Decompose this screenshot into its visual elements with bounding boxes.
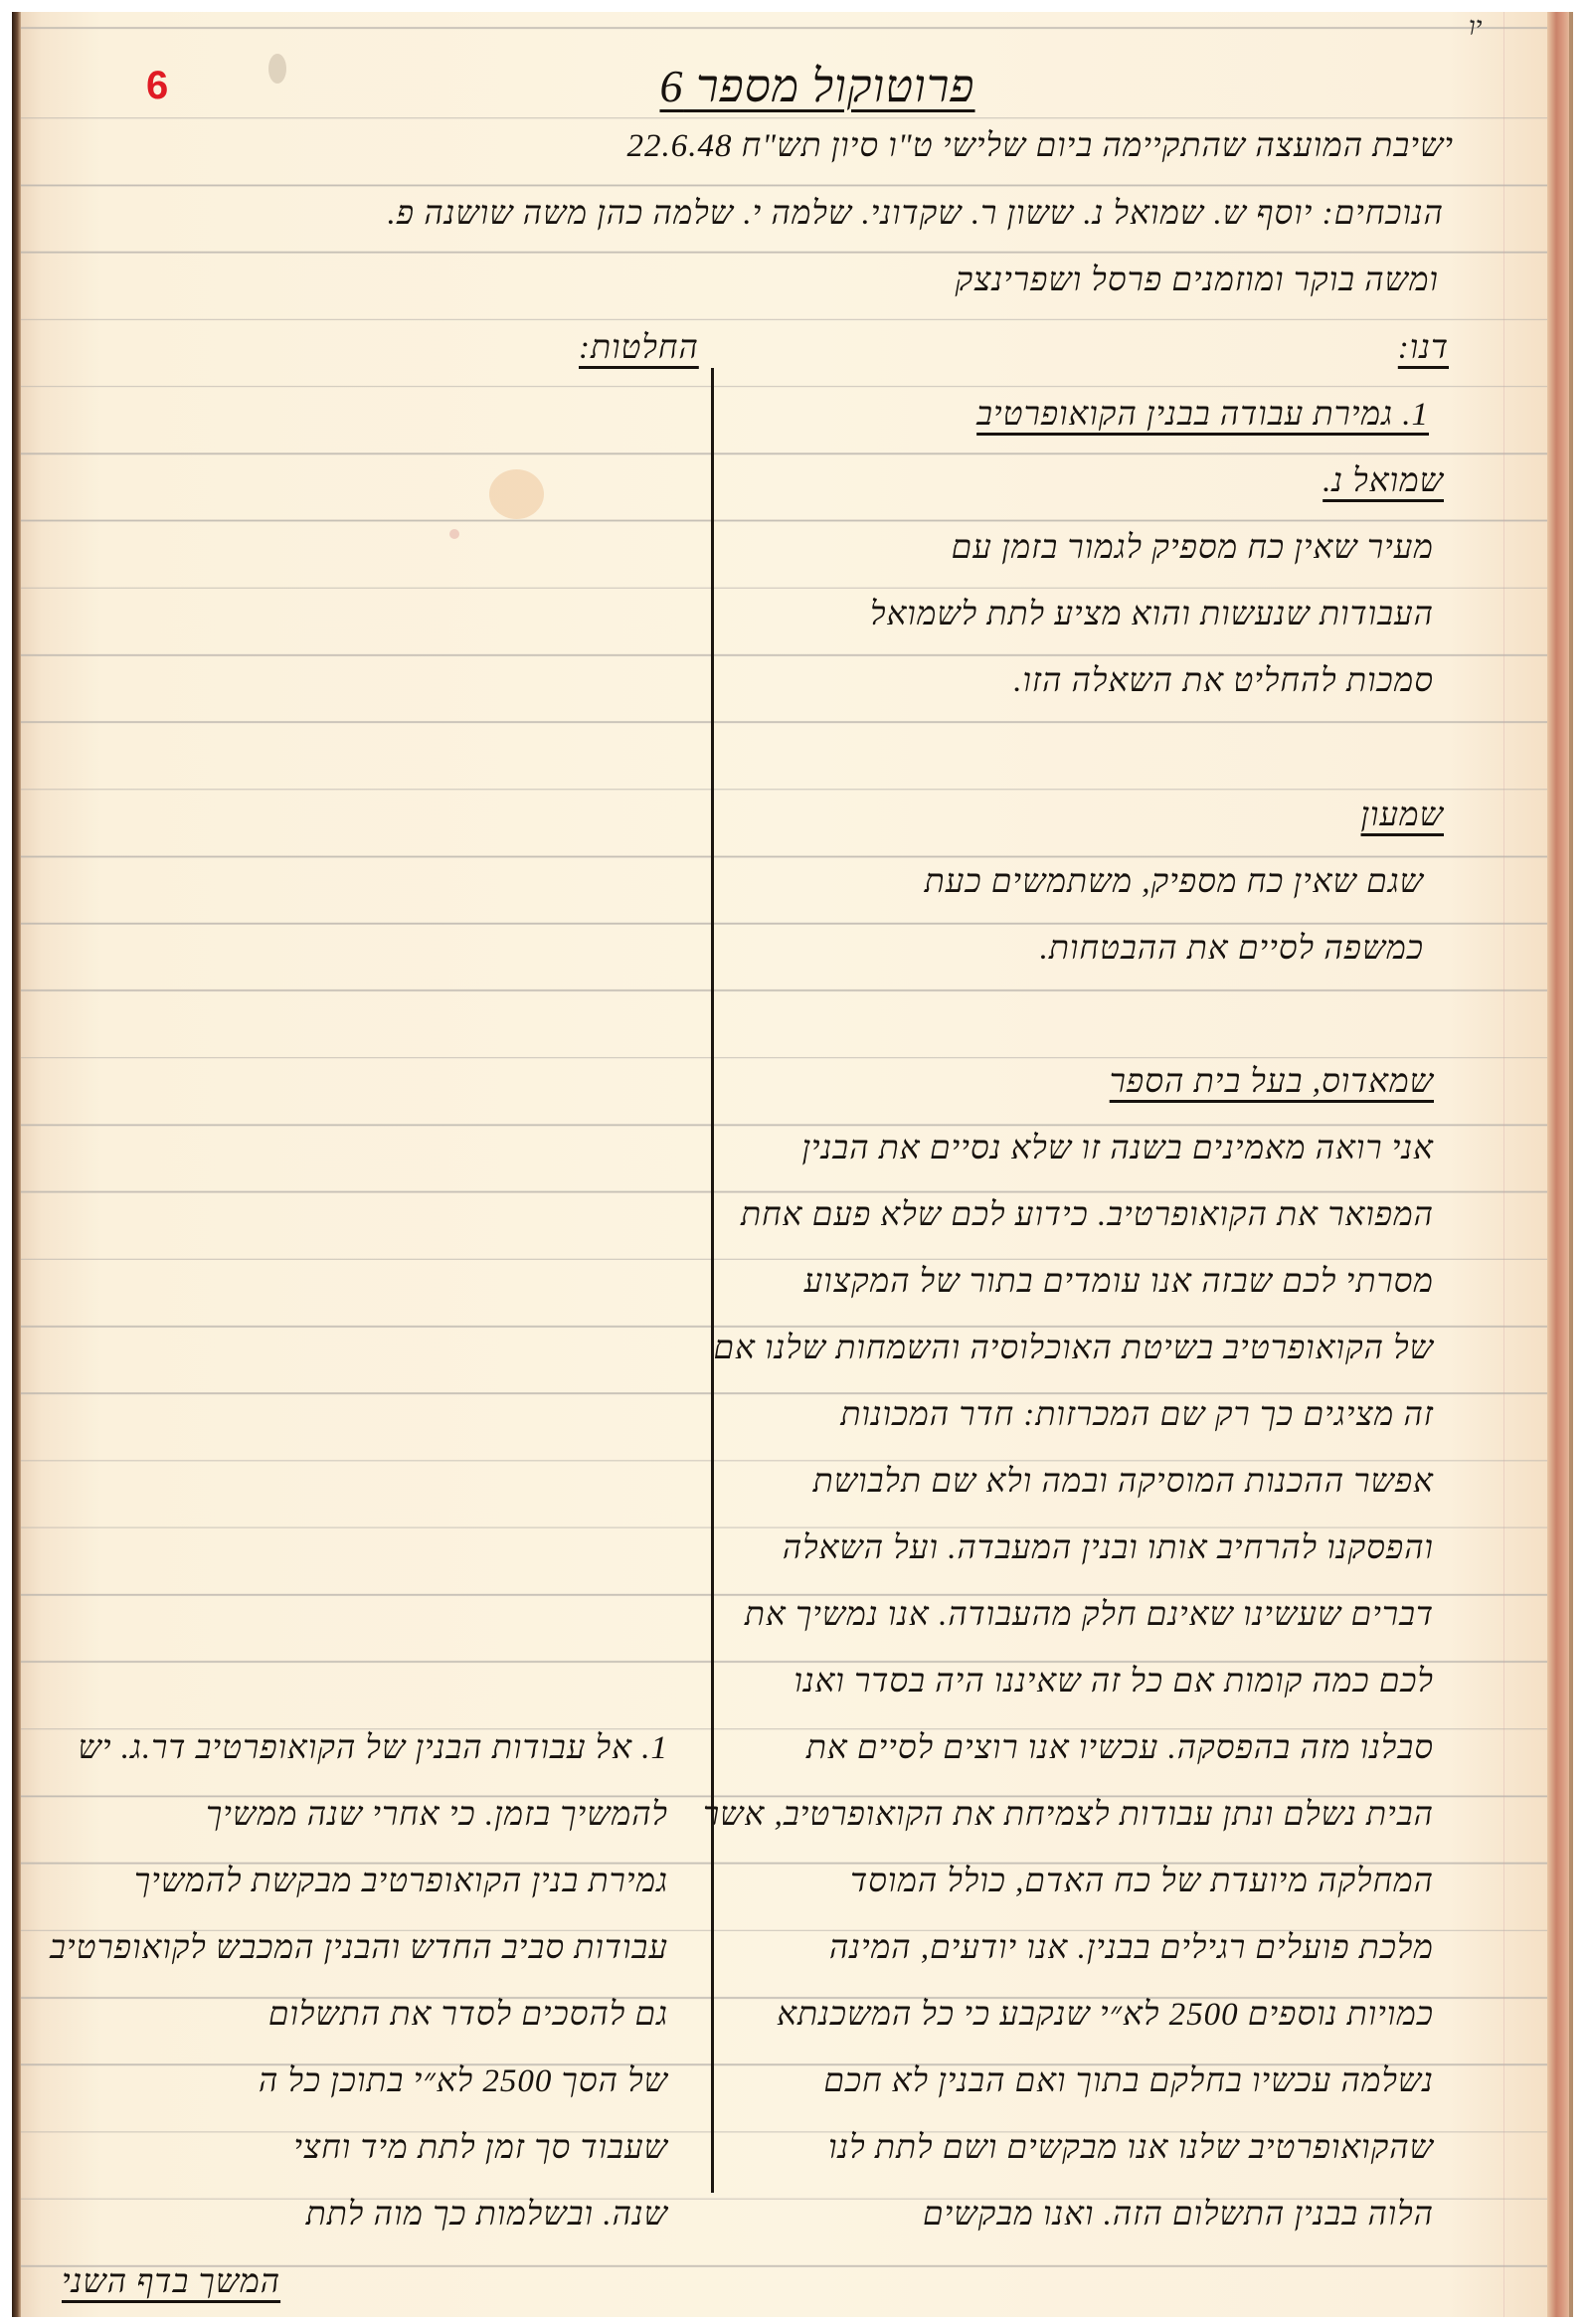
speaker-name: שמאדוס, בעל בית הספר [1110, 1049, 1434, 1116]
text-line: אני רואה מאמינים בשנה זו שלא נסיים את הב… [802, 1116, 1435, 1182]
resolution-line: שעבוד סך זמן לתת מיד וחצי [293, 2115, 668, 2182]
page-edge [1547, 12, 1573, 2317]
text-line: הבית נשלם ונתן עבודות לצמיחת את הקואופרט… [703, 1782, 1434, 1849]
resolution-line: שנה. ובשלמות כך מוה לתת [306, 2182, 668, 2248]
faint-margin-line [1503, 12, 1504, 2317]
resolution-line: של הסך 2500 לא״י בתוכן כל ה [259, 2049, 668, 2115]
speaker-name: שמואל נ. [1323, 448, 1444, 515]
text-line: מלכת פועלים רגילים בבנין. אנו יודעים, המ… [829, 1915, 1434, 1982]
resolution-line: גמירת בנין הקואופרטיב מבקשת להמשיך [134, 1849, 668, 1915]
text-line: כמשפה לסיים את ההבטחות. [1040, 916, 1424, 983]
discussed-heading: דנו: [1398, 315, 1449, 382]
notebook-page: 6 יו פרוטוקול מספר 6 ישיבת המועצה שהתקיי… [12, 12, 1573, 2317]
text-line: סמכות להחליט את השאלה הזו. [1013, 648, 1434, 715]
text-line: מסרתי לכם שבזה אנו עומדים בתור של המקצוע [804, 1249, 1434, 1316]
resolution-line: עבודות סביב החדש והבנין המכבש לקואופרטיב [50, 1915, 668, 1982]
text-line: נשלמה עכשיו בחלקם בתוך ואם הבנין לא חכם [823, 2049, 1434, 2115]
text-line: זה מציגים כך רק שם המכרזות: חדר המכונות [840, 1382, 1434, 1449]
text-line: כמויות נוספים 2500 לא״י שנקבע כי כל המשכ… [777, 1982, 1434, 2049]
guests-line: ומשה בוקר ומוזמנים פרסל ושפרינצק [956, 248, 1439, 314]
paper-stain [268, 54, 286, 84]
speaker-name: שמעון [1361, 783, 1444, 849]
page-title: פרוטוקול מספר 6 [569, 60, 1066, 112]
corner-mark: יו [1469, 12, 1482, 42]
resolution-line: 1. אל עבודות הבנין של הקואופרטיב דר.ג. י… [78, 1715, 668, 1782]
page-binding [12, 12, 21, 2317]
paper-stain [449, 529, 459, 539]
text-line: מעיר שאין כח מספיק לגמור בזמן עם [952, 515, 1434, 582]
meeting-line: ישיבת המועצה שהתקיימה ביום שלישי ט"ו סיו… [627, 113, 1454, 180]
text-line: המחלקה מיועדת של כח האדם, כולל המוסד [850, 1849, 1434, 1915]
resolutions-heading: החלטות: [579, 315, 699, 382]
paper-stain [489, 469, 544, 519]
text-line: העבודות שנעשות והוא מציע לתת לשמואל [870, 582, 1434, 648]
text-line: לכם כמה קומות אם כל זה שאיננו היה בסדר ו… [794, 1649, 1434, 1715]
text-line: הלוה בבנין התשלום הזה. ואנו מבקשים [923, 2182, 1434, 2248]
resolution-line: גם להסכים לסדר את התשלום [268, 1982, 668, 2049]
continued-note: המשך בדף השני [62, 2249, 280, 2316]
agenda-item-1: 1. גמירת עבודה בבנין הקואופרטיב [976, 382, 1429, 448]
text-line: סבלנו מזה בהפסקה. עכשיו אנו רוצים לסיים … [806, 1715, 1434, 1782]
text-line: והפסקנו להרחיב אותו ובנין המעבדה. ועל הש… [783, 1516, 1434, 1582]
column-divider [711, 368, 714, 2193]
text-line: המפואר את הקואופרטיב. כידוע לכם שלא פעם … [741, 1182, 1434, 1249]
present-line: הנוכחים: יוסף ש. שמואל נ. ששון ר. שקדוני… [388, 181, 1444, 248]
text-line: שגם שאין כח מספיק, משתמשים כעת [925, 849, 1424, 916]
page-number: 6 [146, 64, 168, 108]
text-line: דברים שעשינו שאינם חלק מהעבודה. אנו נמשי… [745, 1582, 1434, 1649]
text-line: אפשר ההכנות המוסיקה ובמה ולא שם תלבושת [813, 1449, 1434, 1516]
resolution-line: להמשיך בזמן. כי אחרי שנה ממשיך [206, 1782, 668, 1849]
text-line: שהקואופרטיב שלנו אנו מבקשים ושם לתת לנו [828, 2115, 1434, 2182]
text-line: של הקואופרטיב בשיטת האוכלוסיה והשמחות של… [714, 1316, 1434, 1382]
